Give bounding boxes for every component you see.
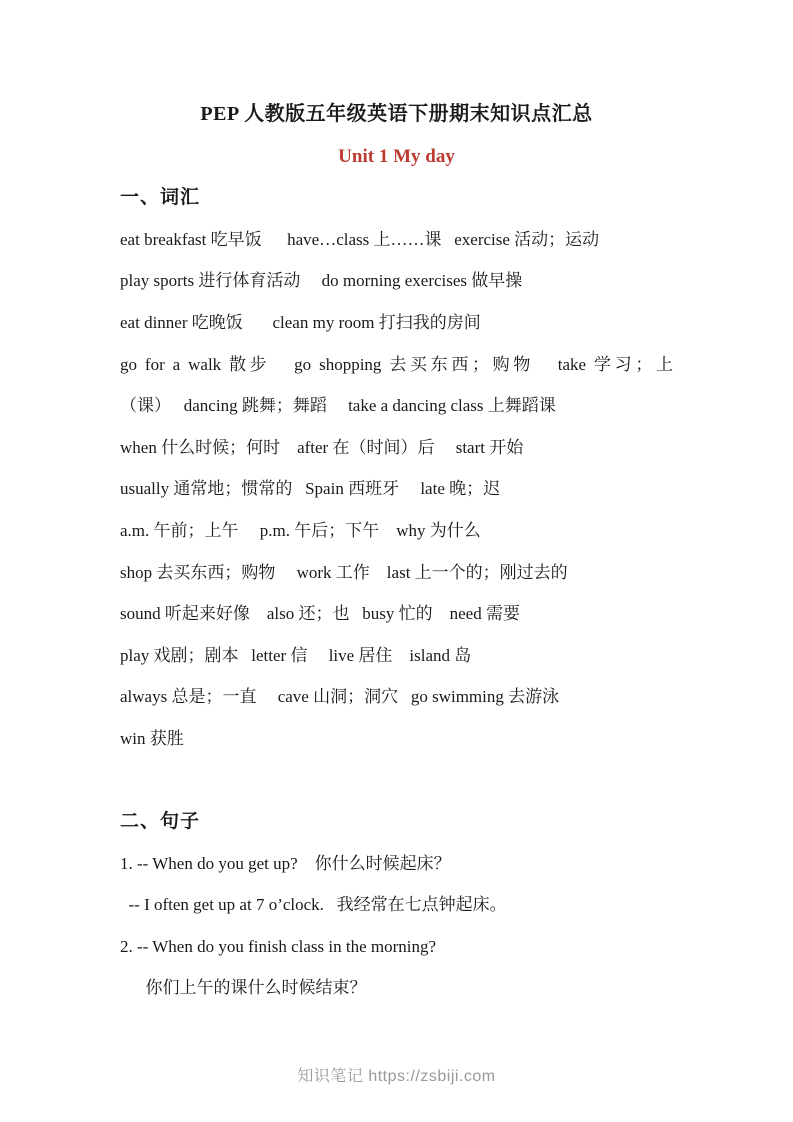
document-body: PEP 人教版五年级英语下册期末知识点汇总 Unit 1 My day 一、词汇… xyxy=(120,94,673,1009)
page-title: PEP 人教版五年级英语下册期末知识点汇总 xyxy=(120,94,673,136)
vocab-section-heading: 一、词汇 xyxy=(120,177,673,219)
vocab-line: play 戏剧；剧本 letter 信 live 居住 island 岛 xyxy=(120,635,673,677)
blank-spacer xyxy=(120,760,673,802)
vocab-line: sound 听起来好像 also 还；也 busy 忙的 need 需要 xyxy=(120,593,673,635)
sentence-line: -- I often get up at 7 o’clock. 我经常在七点钟起… xyxy=(120,884,673,926)
sentence-list: 1. -- When do you get up? 你什么时候起床？ -- I … xyxy=(120,843,673,1009)
vocab-line: eat breakfast 吃早饭 have…class 上……课 exerci… xyxy=(120,219,673,261)
vocab-line: play sports 进行体育活动 do morning exercises … xyxy=(120,260,673,302)
vocab-line: a.m. 午前；上午 p.m. 午后；下午 why 为什么 xyxy=(120,510,673,552)
unit-subtitle: Unit 1 My day xyxy=(120,136,673,178)
vocab-line: when 什么时候；何时 after 在（时间）后 start 开始 xyxy=(120,427,673,469)
sentences-section-heading: 二、句子 xyxy=(120,801,673,843)
vocab-line: usually 通常地；惯常的 Spain 西班牙 late 晚；迟 xyxy=(120,468,673,510)
sentence-line: 2. -- When do you finish class in the mo… xyxy=(120,926,673,968)
vocab-line: shop 去买东西；购物 work 工作 last 上一个的；刚过去的 xyxy=(120,552,673,594)
sentence-line: 1. -- When do you get up? 你什么时候起床？ xyxy=(120,843,673,885)
vocab-line: （课） dancing 跳舞；舞蹈 take a dancing class 上… xyxy=(120,385,673,427)
sentence-line: 你们上午的课什么时候结束？ xyxy=(120,967,673,1009)
vocab-line: go for a walk 散步 go shopping 去买东西；购物 tak… xyxy=(120,344,673,386)
page-footer: 知识笔记 https://zsbiji.com xyxy=(0,1063,793,1086)
footer-site-label: 知识笔记 https://zsbiji.com xyxy=(297,1068,495,1085)
vocab-list: eat breakfast 吃早饭 have…class 上……课 exerci… xyxy=(120,219,673,760)
vocab-line: win 获胜 xyxy=(120,718,673,760)
vocab-line: always 总是；一直 cave 山洞；洞穴 go swimming 去游泳 xyxy=(120,676,673,718)
vocab-line: eat dinner 吃晚饭 clean my room 打扫我的房间 xyxy=(120,302,673,344)
document-page: PEP 人教版五年级英语下册期末知识点汇总 Unit 1 My day 一、词汇… xyxy=(0,0,793,1122)
